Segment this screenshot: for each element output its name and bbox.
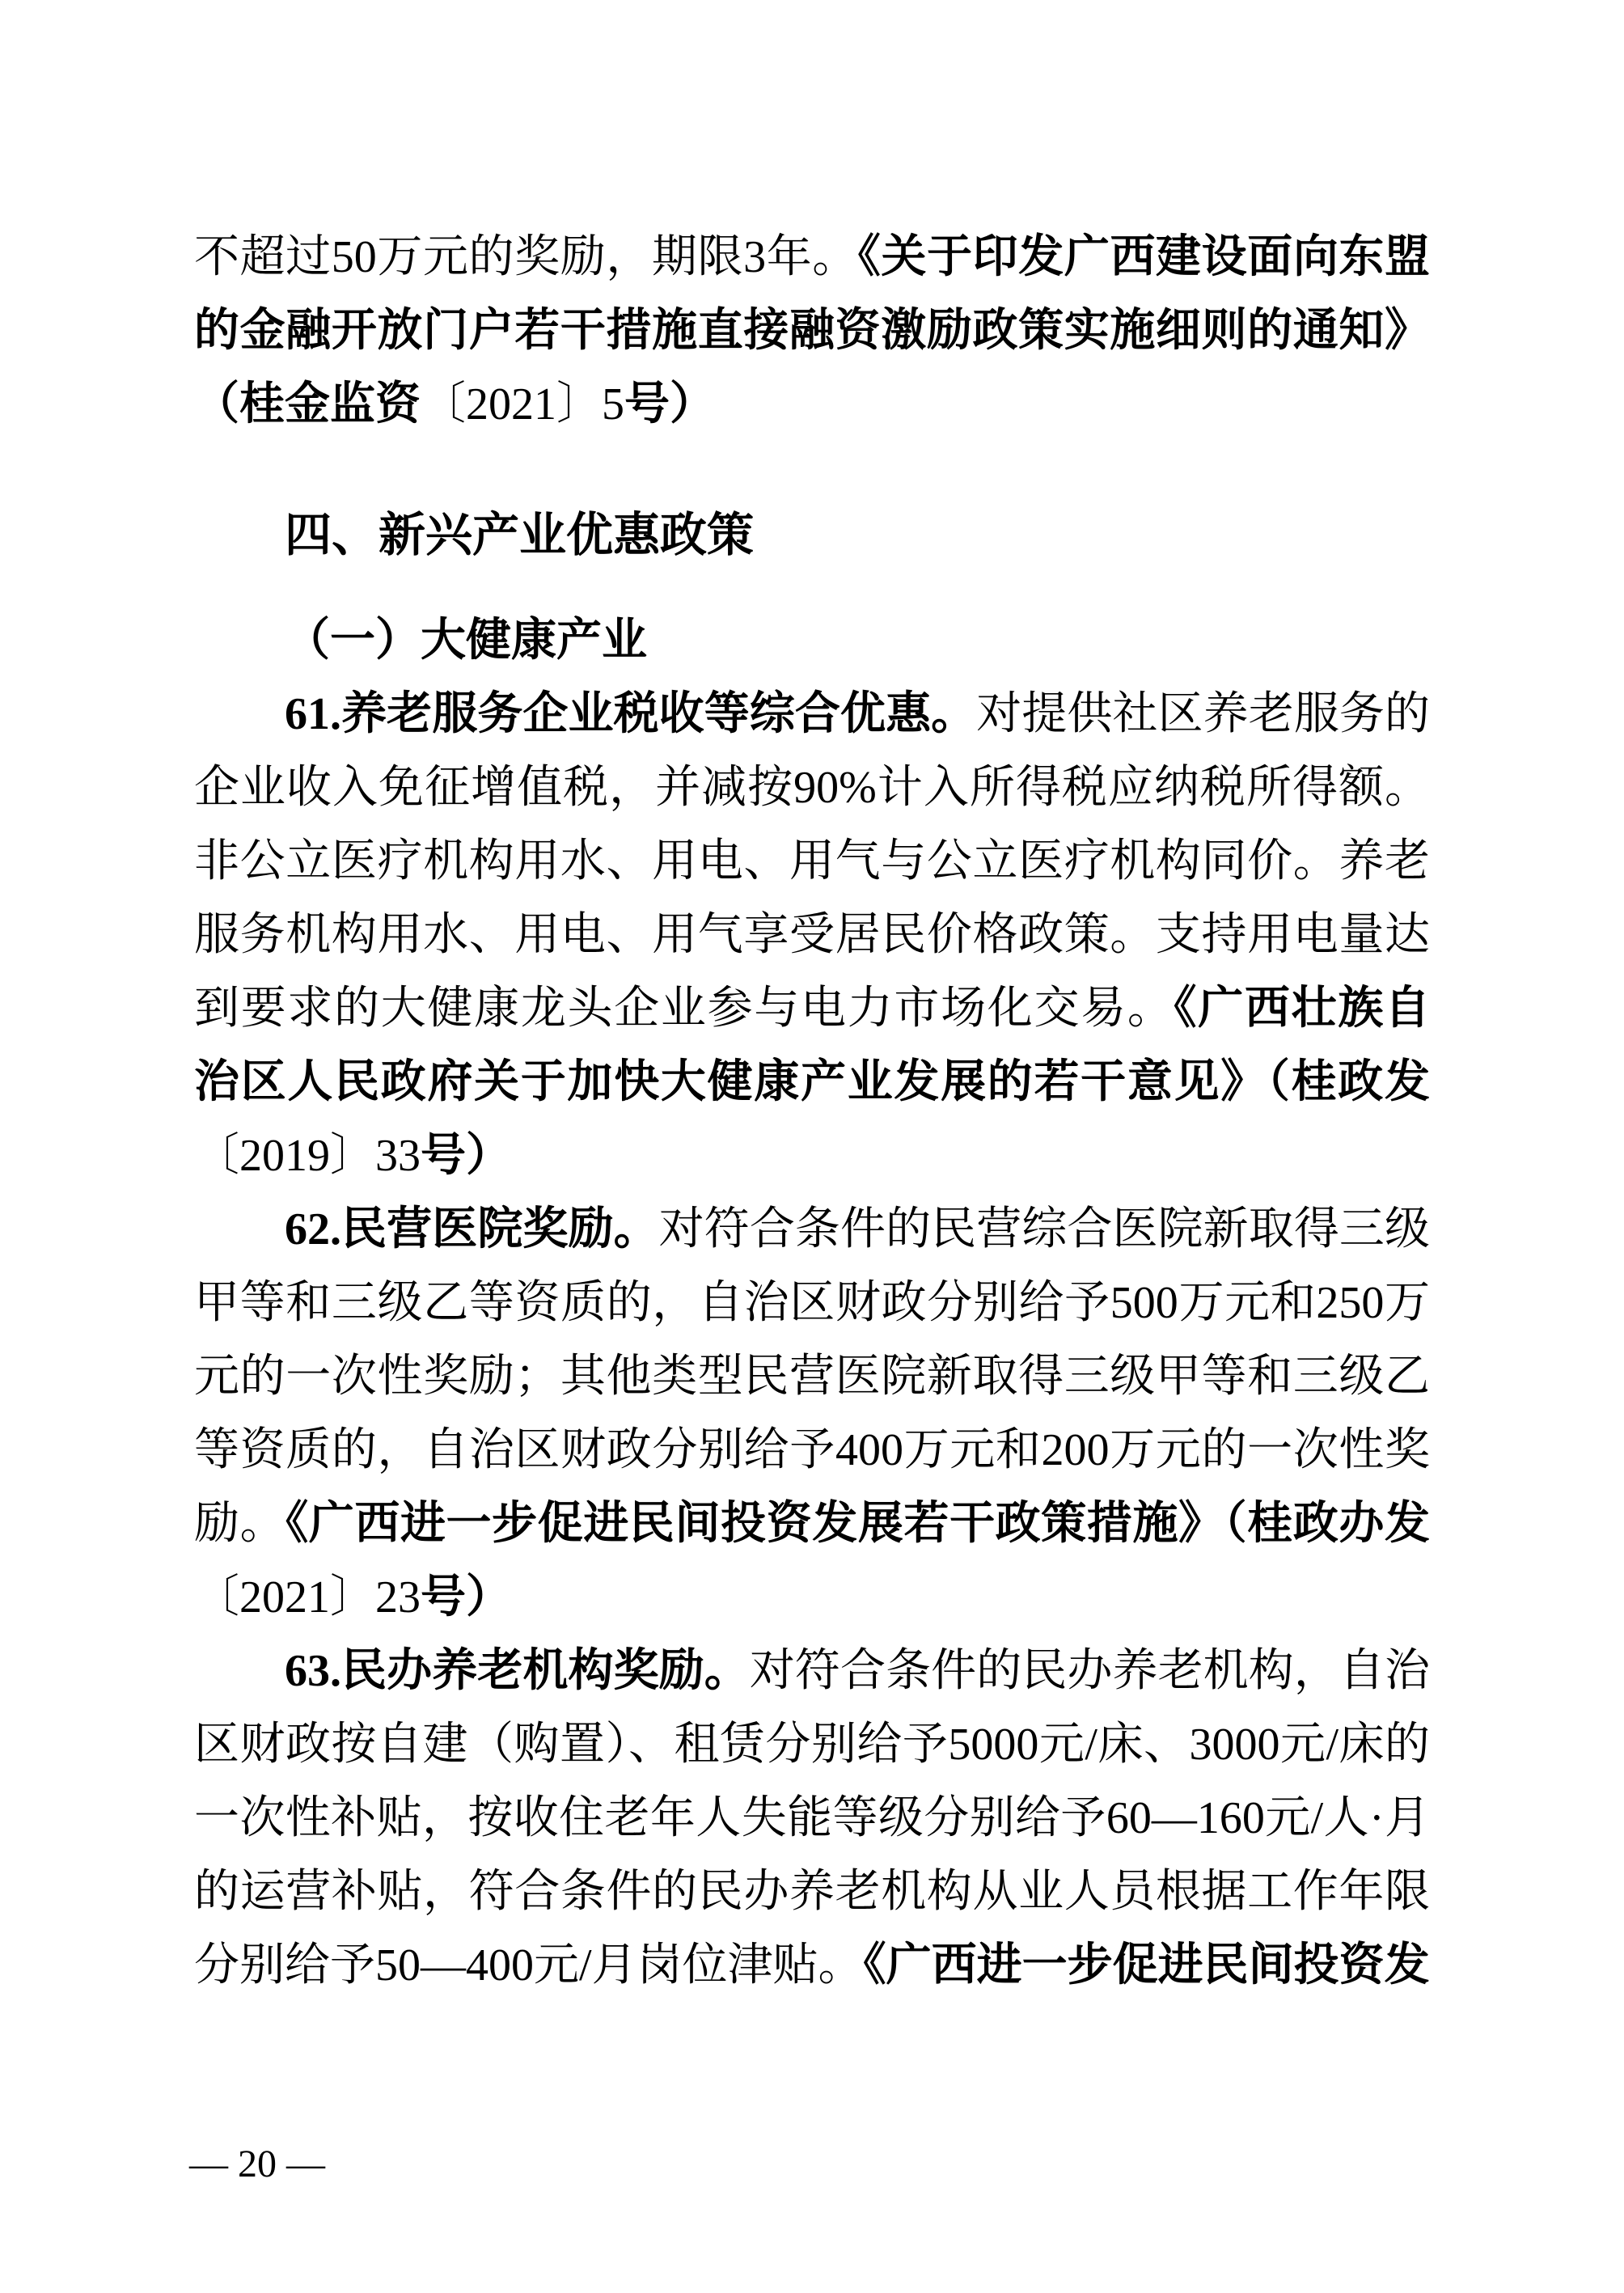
item-63-lead: 63.民办养老机构奖励。 [285,1646,750,1696]
intro-citation-number: 〔2021〕5 [421,379,624,429]
item-63-citation-title: 《广西进一步促进民间投资发 [864,1940,1430,1991]
item-61-lead: 61.养老服务企业税收等综合优惠。 [285,689,976,739]
item-62-citation-number: 〔2021〕23 [194,1572,421,1622]
item-61-citation-suffix: 号） [421,1131,511,1181]
policy-item-61: 61.养老服务企业税收等综合优惠。对提供社区养老服务的企业收入免征增值税，并减按… [194,678,1430,1193]
policy-item-62: 62.民营医院奖励。对符合条件的民营综合医院新取得三级甲等和三级乙等资质的，自治… [194,1193,1430,1635]
intro-paragraph: 不超过50万元的奖励，期限3年。《关于印发广西建设面向东盟的金融开放门户若干措施… [194,221,1430,442]
item-62-lead: 62.民营医院奖励。 [285,1204,659,1254]
page-number: — 20 — [189,2142,325,2187]
intro-text: 不超过50万元的奖励，期限3年。 [194,232,858,282]
section-heading: 四、新兴产业优惠政策 [194,498,1430,572]
policy-item-63: 63.民办养老机构奖励。对符合条件的民办养老机构，自治区财政按自建（购置）、租赁… [194,1635,1430,2003]
document-body: 不超过50万元的奖励，期限3年。《关于印发广西建设面向东盟的金融开放门户若干措施… [194,221,1430,2003]
item-62-text: 对符合条件的民营综合医院新取得三级甲等和三级乙等资质的，自治区财政分别给予500… [194,1204,1430,1549]
document-page: 不超过50万元的奖励，期限3年。《关于印发广西建设面向东盟的金融开放门户若干措施… [0,0,1624,2293]
subsection-heading: （一）大健康产业 [194,604,1430,678]
intro-citation-suffix: 号） [624,379,715,429]
item-62-citation-suffix: 号） [421,1572,511,1622]
item-62-citation-title: 《广西进一步促进民间投资发展若干政策措施》（桂政办发 [285,1499,1430,1549]
item-63-text: 对符合条件的民办养老机构，自治区财政按自建（购置）、租赁分别给予5000元/床、… [194,1646,1430,1991]
item-61-text: 对提供社区养老服务的企业收入免征增值税，并减按90%计入所得税应纳税所得额。非公… [194,689,1430,1034]
item-61-citation-number: 〔2019〕33 [194,1131,421,1181]
